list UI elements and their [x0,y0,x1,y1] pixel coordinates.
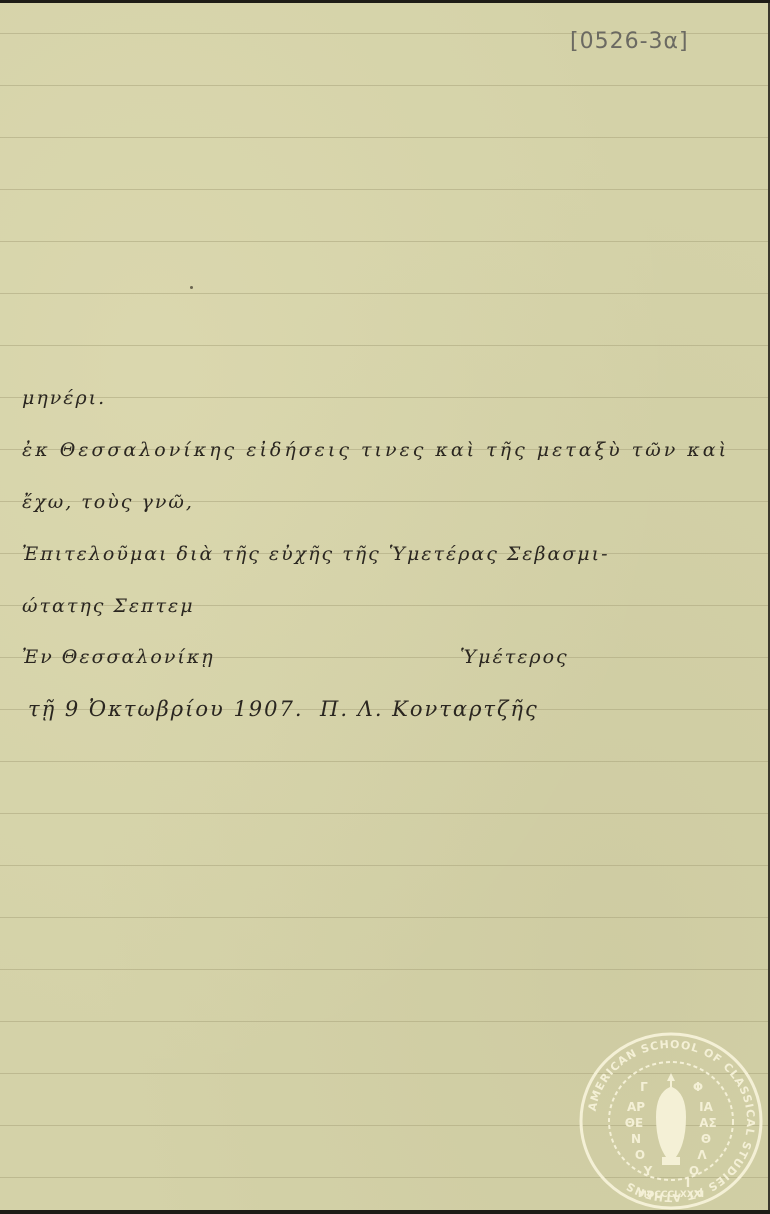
svg-text:Λ: Λ [697,1148,707,1162]
asca-seal-stamp: AMERICAN SCHOOL OF CLASSICAL STUDIES AT … [578,1031,764,1211]
letter-line-1: μηνέρι. [22,387,106,409]
letter-line-4: Ἐπιτελοῦμαι διὰ τῆς εὐχῆς τῆς Ὑμετέρας Σ… [22,543,610,565]
date-line: τῇ 9 Ὀκτωβρίου 1907. [28,697,304,721]
svg-text:Ο: Ο [689,1164,699,1178]
letter-line-2: ἐκ Θεσσαλονίκης εἰδήσεις τινες καὶ τῆς μ… [22,439,729,461]
signature: Π. Λ. Κονταρτζῆς [320,697,539,721]
svg-text:Ι: Ι [686,1176,690,1190]
svg-text:Ν: Ν [631,1132,641,1146]
closing-line: Ὑμέτερος [460,646,569,668]
letter-line-5: ώτατης Σεπτεμ [22,595,195,617]
svg-text:ΘΕ: ΘΕ [625,1116,643,1130]
svg-text:ΑΡ: ΑΡ [627,1100,645,1114]
svg-text:Φ: Φ [693,1080,703,1094]
svg-text:Γ: Γ [640,1080,648,1094]
ink-speck [190,286,193,289]
svg-text:ΑΣ: ΑΣ [699,1116,716,1130]
catalog-number: [0526-3α] [570,29,689,54]
letter-page: [0526-3α] μηνέρι. ἐκ Θεσσαλονίκης εἰδήσε… [0,3,770,1210]
svg-text:ΙΑ: ΙΑ [699,1100,713,1114]
place-line: Ἐν Θεσσαλονίκῃ [22,646,215,668]
svg-text:Υ: Υ [643,1164,653,1178]
svg-text:MDCCCLXXXI: MDCCCLXXXI [638,1190,704,1200]
svg-text:Θ: Θ [701,1132,711,1146]
letter-line-3: ἔχω, τοὺς γνῶ, [22,491,194,513]
svg-text:Ο: Ο [635,1148,645,1162]
